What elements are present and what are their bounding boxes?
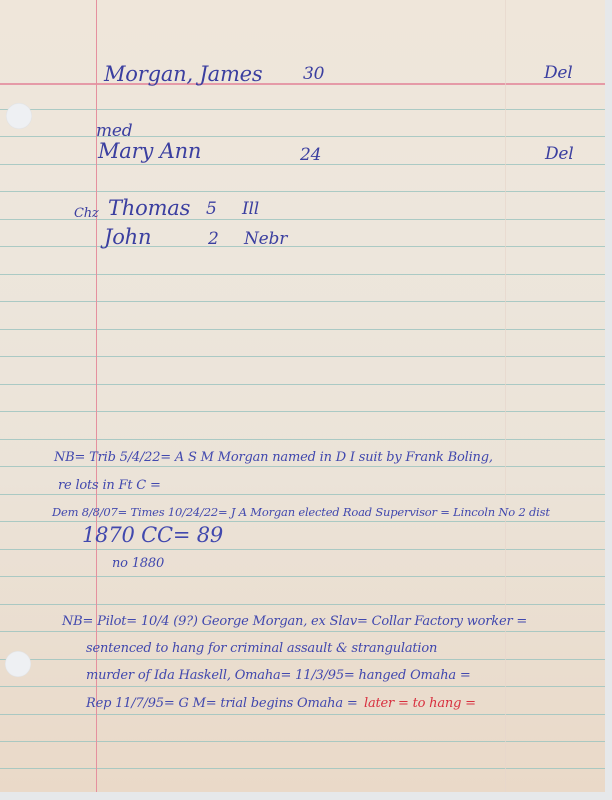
notebook-page: Morgan, James 30 Del med Mary Ann 24 Del… [0, 0, 605, 792]
child-name: Thomas [108, 196, 190, 220]
child-age: 2 [208, 229, 219, 249]
ruled-line [0, 136, 605, 137]
head-birthplace: Del [544, 63, 573, 83]
ruled-line [0, 549, 605, 550]
note3-line4: Rep 11/7/95= G M= trial begins Omaha = [86, 696, 358, 711]
ruled-line [0, 466, 605, 467]
ruled-line [0, 604, 605, 605]
head-name: Morgan, James [104, 62, 262, 86]
note3-line4-red: later = to hang = [364, 696, 476, 711]
children-label: Chz [74, 206, 99, 221]
punch-hole-bottom [5, 651, 31, 677]
ruled-line [0, 191, 605, 192]
note2-line3: no 1880 [112, 556, 164, 571]
child-name: John [104, 225, 151, 249]
spouse-age: 24 [300, 145, 321, 165]
child-age: 5 [206, 199, 217, 219]
spouse-label: med [96, 121, 132, 141]
note2-line1: Dem 8/8/07= Times 10/24/22= J A Morgan e… [52, 505, 550, 519]
note2-line2: 1870 CC= 89 [82, 523, 223, 547]
ruled-line [0, 521, 605, 522]
child-birthplace: Nebr [244, 229, 287, 249]
note3-line1: NB= Pilot= 10/4 (9?) George Morgan, ex S… [62, 614, 527, 629]
ruled-line [0, 384, 605, 385]
ruled-line [0, 714, 605, 715]
ruled-line [0, 494, 605, 495]
spouse-birthplace: Del [545, 144, 574, 164]
right-margin-line [505, 0, 506, 792]
note3-line2: sentenced to hang for criminal assault &… [86, 641, 437, 656]
ruled-line [0, 741, 605, 742]
ruled-line [0, 301, 605, 302]
ruled-line [0, 329, 605, 330]
ruled-line [0, 768, 605, 769]
ruled-line [0, 411, 605, 412]
note3-line3: murder of Ida Haskell, Omaha= 11/3/95= h… [86, 668, 471, 683]
spouse-name: Mary Ann [98, 139, 201, 163]
ruled-line [0, 356, 605, 357]
ruled-line [0, 659, 605, 660]
ruled-line [0, 631, 605, 632]
ruled-line [0, 274, 605, 275]
child-birthplace: Ill [242, 199, 259, 219]
ruled-line [0, 576, 605, 577]
ruled-line [0, 439, 605, 440]
note1-line1: NB= Trib 5/4/22= A S M Morgan named in D… [54, 450, 493, 465]
ruled-line [0, 686, 605, 687]
ruled-line [0, 109, 605, 110]
head-age: 30 [303, 64, 324, 84]
punch-hole-top [6, 103, 32, 129]
ruled-line [0, 246, 605, 247]
note1-line2: re lots in Ft C = [58, 478, 161, 493]
